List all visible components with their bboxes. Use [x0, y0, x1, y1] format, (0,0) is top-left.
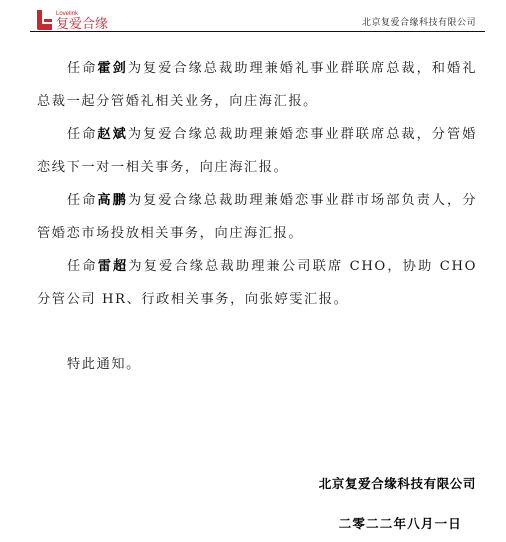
appointee-name: 霍剑: [97, 61, 127, 76]
header-company-name: 北京复爱合缘科技有限公司: [362, 15, 476, 28]
appointment-paragraph: 任命高鹏为复爱合缘总裁助理兼婚恋事业群市场部负责人，分管婚恋市场投放相关事务，向…: [37, 184, 477, 250]
header-divider: [30, 31, 485, 32]
signature-date: 二零二二年八月一日: [339, 514, 462, 534]
paragraph-prefix: 任命: [67, 61, 97, 76]
document-body: 任命霍剑为复爱合缘总裁助理兼婚礼事业群联席总裁，和婚礼总裁一起分管婚礼相关业务，…: [37, 52, 477, 316]
logo-text: Lovelink 复爱合缘: [56, 11, 108, 31]
document-header: Lovelink 复爱合缘 北京复爱合缘科技有限公司: [0, 0, 506, 33]
signature-company: 北京复爱合缘科技有限公司: [319, 474, 476, 494]
lovelink-l-logo-icon: [36, 10, 52, 30]
logo-chinese: 复爱合缘: [56, 18, 108, 31]
appointment-paragraph: 任命雷超为复爱合缘总裁助理兼公司联席 CHO，协助 CHO 分管公司 HR、行政…: [37, 250, 477, 316]
lovelink-logo: Lovelink 复爱合缘: [36, 5, 108, 31]
appointee-name: 赵斌: [97, 127, 127, 142]
paragraph-prefix: 任命: [67, 127, 97, 142]
paragraph-prefix: 任命: [67, 259, 98, 274]
appointee-name: 雷超: [98, 259, 129, 274]
appointment-paragraph: 任命赵斌为复爱合缘总裁助理兼婚恋事业群联席总裁，分管婚恋线下一对一相关事务，向庄…: [37, 118, 477, 184]
appointee-name: 高鹏: [97, 193, 127, 208]
paragraph-prefix: 任命: [67, 193, 97, 208]
notice-text: 特此通知。: [67, 354, 141, 376]
appointment-paragraph: 任命霍剑为复爱合缘总裁助理兼婚礼事业群联席总裁，和婚礼总裁一起分管婚礼相关业务，…: [37, 52, 477, 118]
